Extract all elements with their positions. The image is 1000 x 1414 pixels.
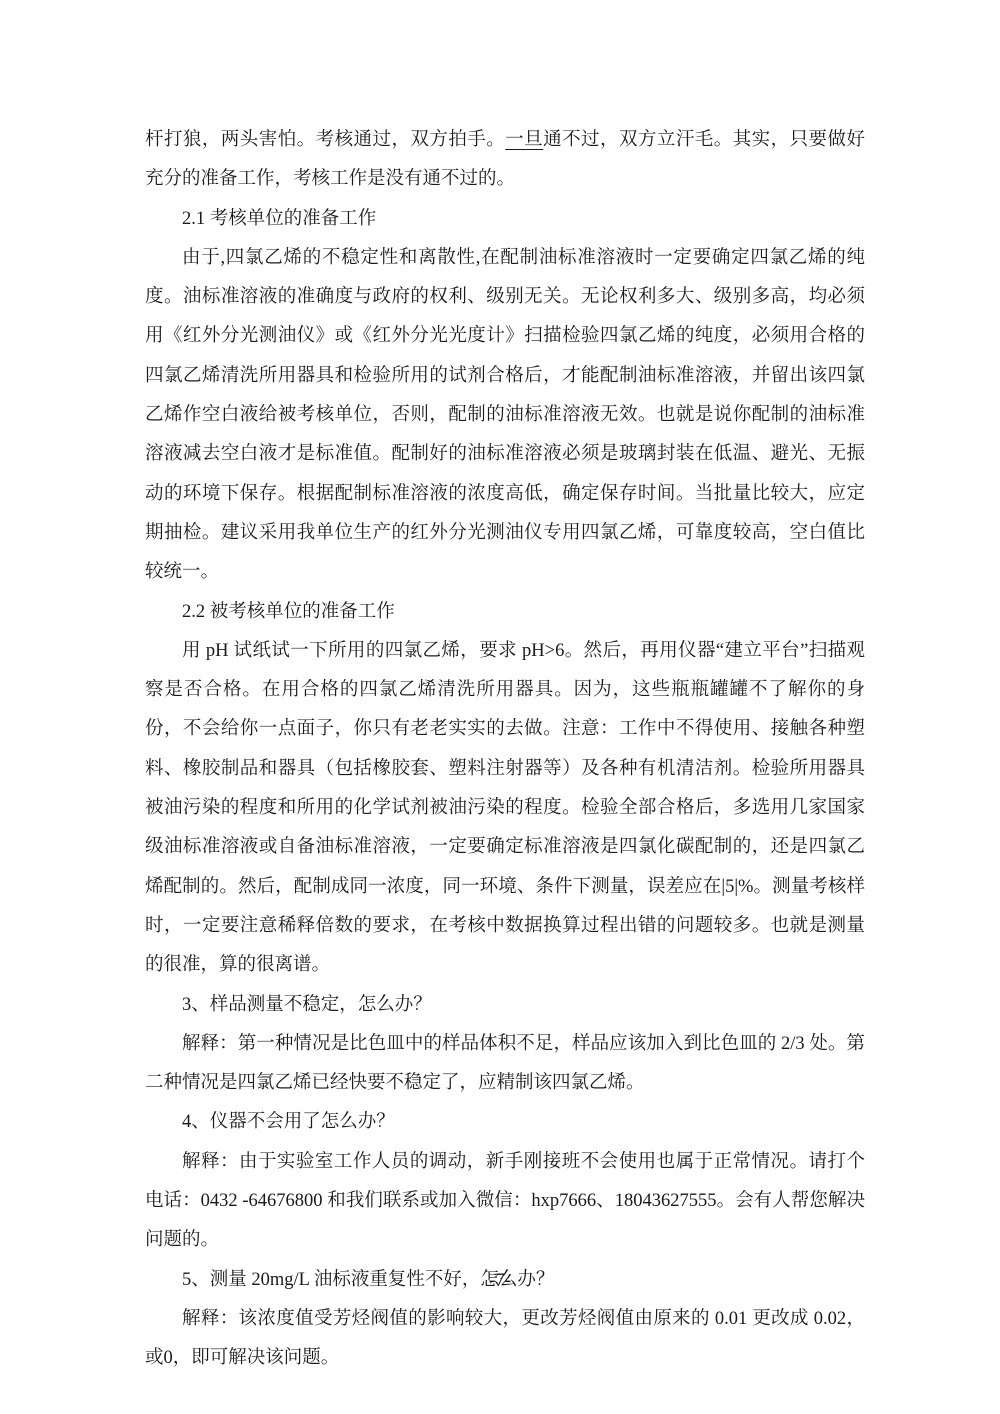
page-content: 杆打狼，两头害怕。考核通过，双方拍手。一旦通不过，双方立汗毛。其实，只要做好充分… [145,121,865,1379]
answer-5: 解释：该浓度值受芳烃阀值的影响较大，更改芳烃阀值由原来的 0.01 更改成 0.… [145,1300,865,1379]
document-page: 杆打狼，两头害怕。考核通过，双方拍手。一旦通不过，双方立汗毛。其实，只要做好充分… [0,0,1000,1414]
question-4: 4、仪器不会用了怎么办？ [145,1103,865,1142]
section-2-1-body: 由于,四氯乙烯的不稳定性和离散性,在配制油标准溶液时一定要确定四氯乙烯的纯度。油… [145,239,865,593]
answer-4: 解释：由于实验室工作人员的调动，新手刚接班不会使用也属于正常情况。请打个电话：0… [145,1143,865,1261]
paragraph-continuation: 杆打狼，两头害怕。考核通过，双方拍手。一旦通不过，双方立汗毛。其实，只要做好充分… [145,121,865,200]
page-number: -7- [0,1268,1000,1294]
section-heading-2-2: 2.2 被考核单位的准备工作 [145,593,865,632]
text-run: 杆打狼，两头害怕。考核通过，双方拍手。 [145,130,505,150]
question-3: 3、样品测量不稳定，怎么办？ [145,986,865,1025]
section-heading-2-1: 2.1 考核单位的准备工作 [145,200,865,239]
section-2-2-body: 用 pH 试纸试一下所用的四氯乙烯，要求 pH>6。然后，再用仪器“建立平台”扫… [145,632,865,986]
answer-3: 解释：第一种情况是比色皿中的样品体积不足，样品应该加入到比色皿的 2/3 处。第… [145,1025,865,1104]
underlined-text: 一旦 [505,130,543,150]
